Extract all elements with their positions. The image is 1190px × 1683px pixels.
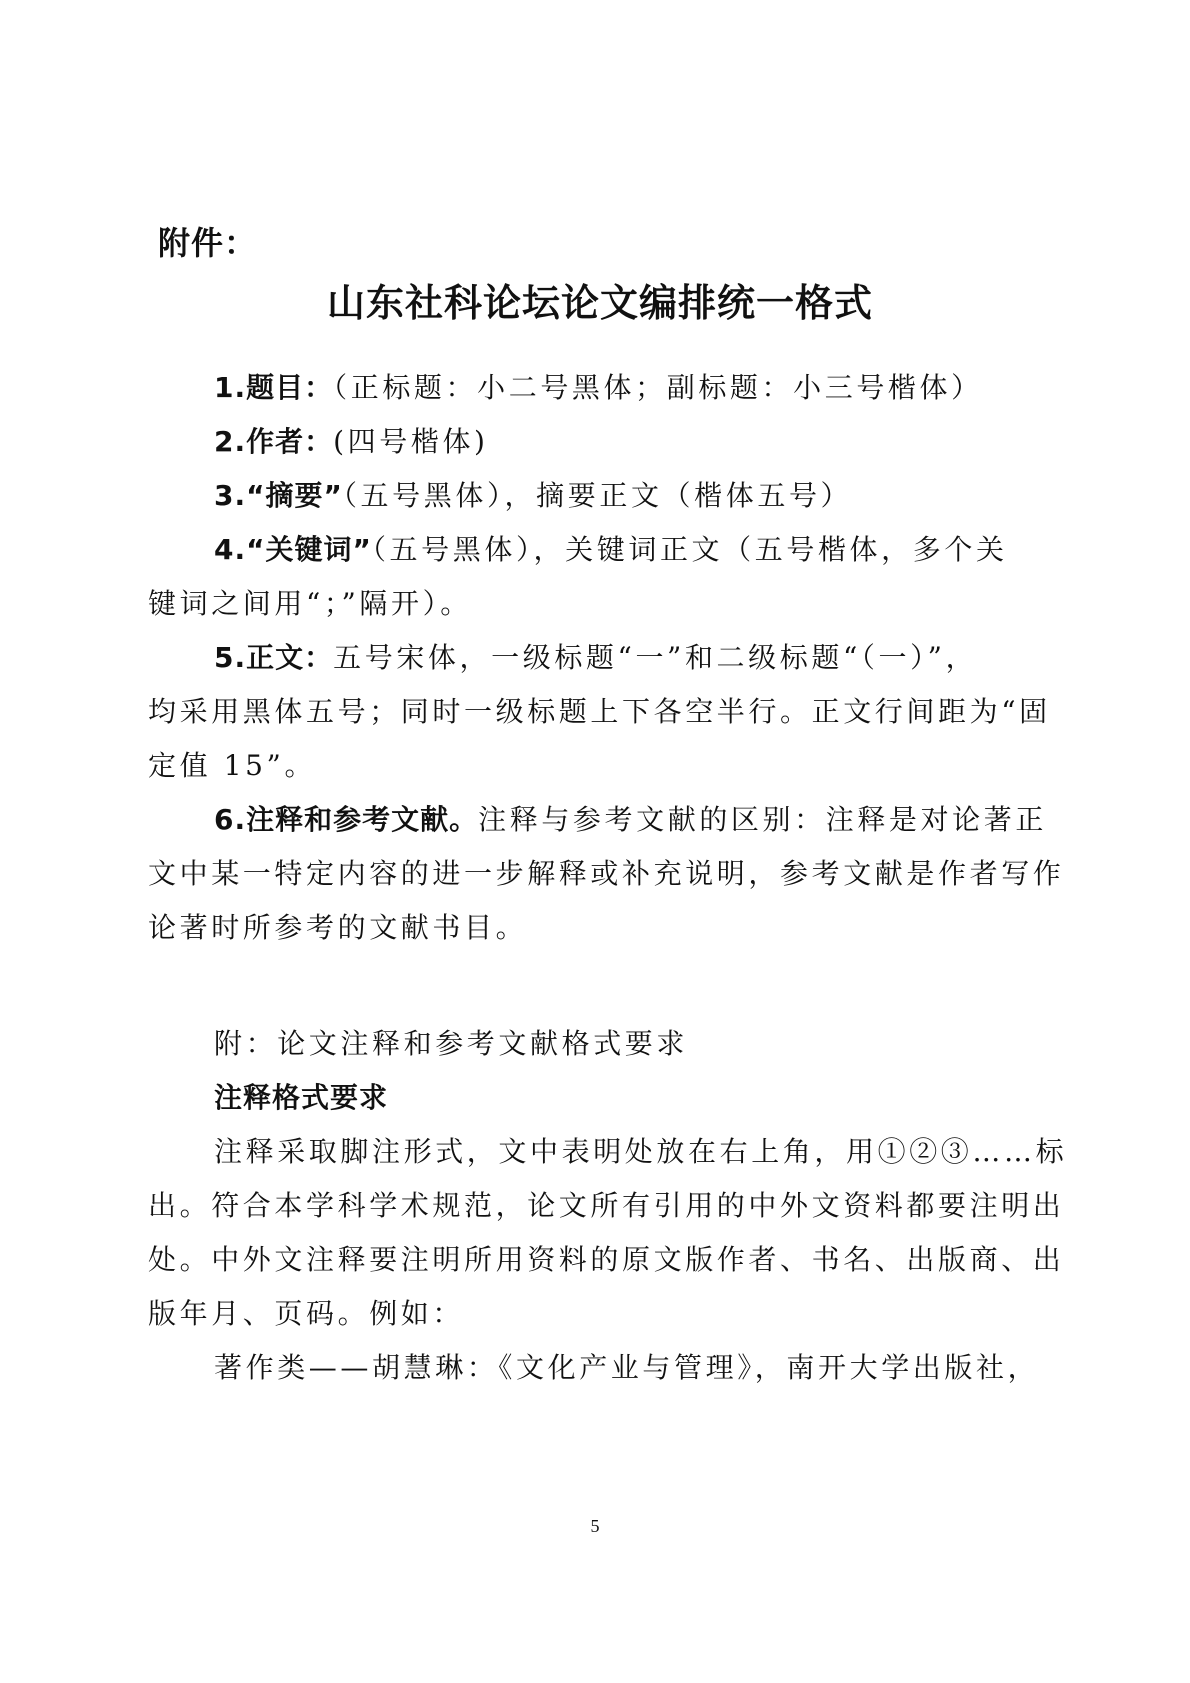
item-5: 5.正文：五号宋体，一级标题“一”和二级标题“（一）”， (214, 638, 1114, 678)
item-text: （五号黑体），关键词正文（五号楷体，多个关 (372, 533, 1008, 566)
item-label: 6.注释和参考文献。 (214, 803, 478, 836)
item-1: 1.题目：（正标题：小二号黑体；副标题：小三号楷体） (214, 368, 1114, 408)
appendix-heading: 附：论文注释和参考文献格式要求 (214, 1024, 1114, 1064)
appendix-para-line-3: 处。中外文注释要注明所用资料的原文版作者、书名、出版商、出 (148, 1240, 1048, 1280)
item-2: 2.作者：(四号楷体) (214, 422, 1114, 462)
appendix-para-line-4: 版年月、页码。例如： (148, 1294, 1048, 1334)
appendix-example-line: 著作类——胡慧琳：《文化产业与管理》，南开大学出版社， (214, 1348, 1114, 1388)
item-label: 4.“关键词” (214, 533, 372, 566)
item-text: (四号楷体) (333, 425, 488, 458)
document-title: 山东社科论坛论文编排统一格式 (0, 272, 1190, 327)
item-4-continuation: 键词之间用“；”隔开）。 (148, 584, 1048, 624)
item-text: （正标题：小二号黑体；副标题：小三号楷体） (333, 371, 983, 404)
item-label: 3.“摘要” (214, 479, 343, 512)
item-4: 4.“关键词”（五号黑体），关键词正文（五号楷体，多个关 (214, 530, 1114, 570)
appendix-para-line-2: 出。符合本学科学术规范，论文所有引用的中外文资料都要注明出 (148, 1186, 1048, 1226)
item-text: 注释与参考文献的区别：注释是对论著正 (478, 803, 1047, 836)
item-6-continuation-1: 文中某一特定内容的进一步解释或补充说明，参考文献是作者写作 (148, 854, 1048, 894)
item-5-continuation-2: 定值 15”。 (148, 746, 1048, 786)
appendix-subheading: 注释格式要求 (214, 1078, 1114, 1118)
item-label: 1.题目： (214, 371, 333, 404)
document-page: 附件： 山东社科论坛论文编排统一格式 1.题目：（正标题：小二号黑体；副标题：小… (0, 0, 1190, 1683)
item-5-continuation-1: 均采用黑体五号；同时一级标题上下各空半行。正文行间距为“固 (148, 692, 1048, 732)
page-number: 5 (0, 1516, 1190, 1537)
item-6: 6.注释和参考文献。注释与参考文献的区别：注释是对论著正 (214, 800, 1114, 840)
appendix-para-line-1: 注释采取脚注形式，文中表明处放在右上角，用①②③……标 (214, 1132, 1114, 1172)
item-label: 5.正文： (214, 641, 333, 674)
item-3: 3.“摘要”（五号黑体），摘要正文（楷体五号） (214, 476, 1114, 516)
item-label: 2.作者： (214, 425, 333, 458)
item-text: 五号宋体，一级标题“一”和二级标题“（一）”， (333, 641, 977, 674)
attachment-label: 附件： (158, 218, 257, 264)
item-6-continuation-2: 论著时所参考的文献书目。 (148, 908, 1048, 948)
item-text: （五号黑体），摘要正文（楷体五号） (343, 479, 852, 512)
